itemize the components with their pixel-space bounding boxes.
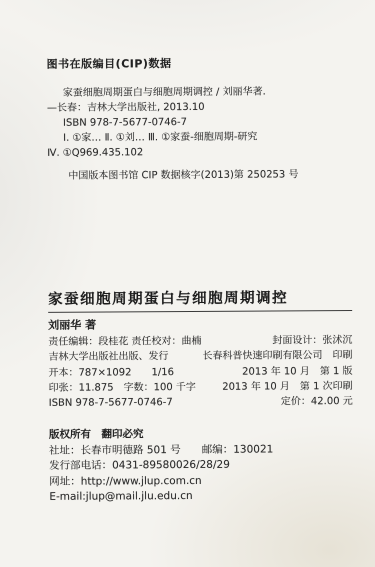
cover-design-credit: 封面设计：张沭沉 bbox=[272, 331, 352, 346]
sheets-wordcount-line: 印张：11.875 字数：100 千字 bbox=[49, 378, 196, 394]
scanned-copyright-page: 图书在版编目(CIP)数据 家蚕细胞周期蛋白与细胞周期调控 / 刘丽华著. —长… bbox=[0, 0, 375, 567]
imprint-row: ISBN 978-7-5677-0746-7 定价：42.00 元 bbox=[49, 392, 353, 409]
imprint-block: 责任编辑：段桂花 责任校对：曲楠 封面设计：张沭沉 吉林大学出版社出版、发行 长… bbox=[48, 331, 352, 409]
imprint-row: 开本：787×1092 1/16 2013 年 10 月 第 1 版 bbox=[48, 362, 352, 379]
format-line: 开本：787×1092 1/16 bbox=[48, 363, 173, 379]
publisher-email: E-mail:jlup@mail.jlu.edu.cn bbox=[49, 488, 356, 505]
isbn-line: ISBN 978-7-5677-0746-7 bbox=[49, 397, 173, 409]
publisher-address: 社址：长春市明德路 501 号 邮编：130021 bbox=[49, 442, 356, 459]
printer-line: 长春科普快速印刷有限公司 印刷 bbox=[202, 346, 352, 362]
printing-line: 2013 年 10 月 第 1 次印刷 bbox=[222, 377, 353, 393]
copyright-notice: 版权所有 翻印必究 bbox=[49, 426, 356, 443]
imprint-row: 责任编辑：段桂花 责任校对：曲楠 封面设计：张沭沉 bbox=[48, 331, 352, 348]
cip-header: 图书在版编目(CIP)数据 bbox=[47, 55, 172, 72]
copyright-page-content: 图书在版编目(CIP)数据 家蚕细胞周期蛋白与细胞周期调控 / 刘丽华著. —长… bbox=[0, 0, 375, 567]
editor-credit: 责任编辑：段桂花 责任校对：曲楠 bbox=[48, 332, 201, 348]
imprint-row: 印张：11.875 字数：100 千字 2013 年 10 月 第 1 次印刷 bbox=[49, 377, 353, 394]
edition-line: 2013 年 10 月 第 1 版 bbox=[242, 362, 353, 378]
colophon-block: 版权所有 翻印必究 社址：长春市明德路 501 号 邮编：130021 发行部电… bbox=[49, 426, 356, 506]
book-author: 刘丽华 著 bbox=[48, 315, 352, 333]
cip-data-block: 家蚕细胞周期蛋白与细胞周期调控 / 刘丽华著. —长春：吉林大学出版社, 201… bbox=[47, 84, 354, 161]
title-block: 家蚕细胞周期蛋白与细胞周期调控 刘丽华 著 bbox=[48, 286, 352, 333]
cip-record-number: 中国版本图书馆 CIP 数据核字(2013)第 250253 号 bbox=[68, 165, 298, 181]
cip-class-number-line: Ⅳ. ①Q969.435.102 bbox=[47, 144, 354, 161]
publisher-line: 吉林大学出版社出版、发行 bbox=[48, 347, 168, 363]
book-title: 家蚕细胞周期蛋白与细胞周期调控 bbox=[48, 286, 352, 313]
price-line: 定价：42.00 元 bbox=[281, 392, 353, 407]
publisher-website: 网址：http://www.jlup.com.cn bbox=[49, 473, 356, 490]
imprint-row: 吉林大学出版社出版、发行 长春科普快速印刷有限公司 印刷 bbox=[48, 346, 352, 363]
distribution-phone: 发行部电话：0431-89580026/28/29 bbox=[49, 457, 356, 474]
